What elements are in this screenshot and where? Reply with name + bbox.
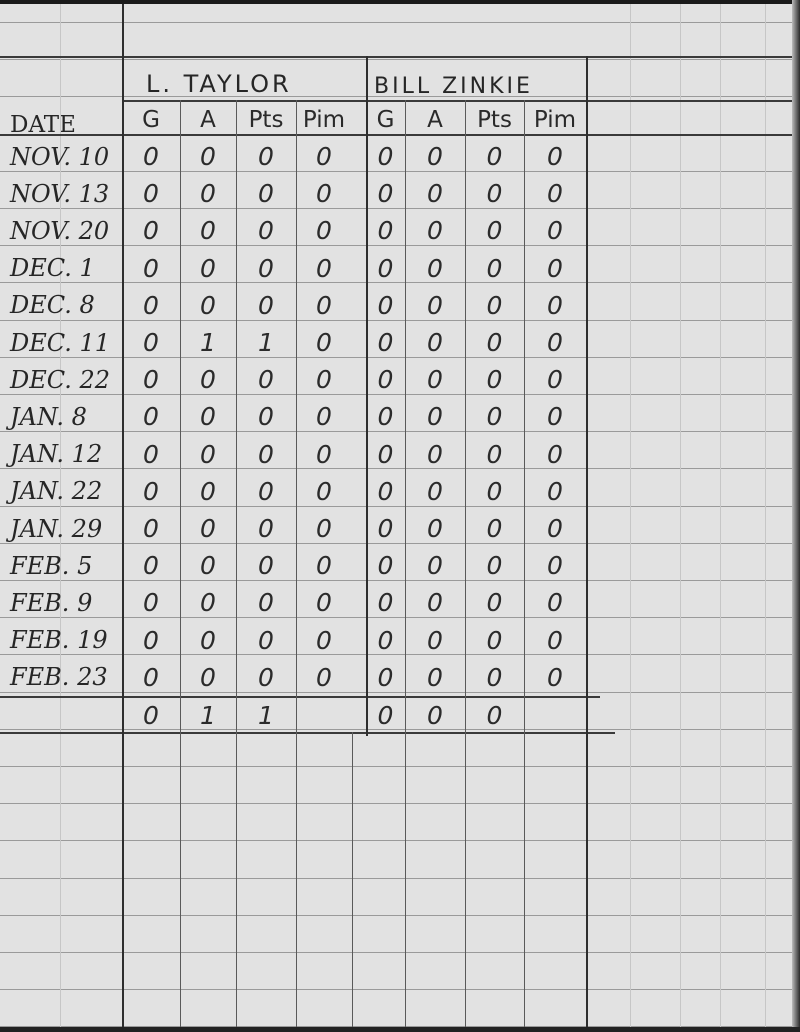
totals-bottom-line — [0, 732, 615, 734]
row-date: JAN. 29 — [4, 510, 122, 547]
column-header-taylor-pim: Pim — [296, 104, 352, 136]
stat-cell-taylor-a: 0 — [180, 398, 236, 435]
ruled-line — [0, 840, 792, 841]
stat-cell-zinkie-g: 0 — [366, 398, 405, 435]
stat-cell-taylor-g: 0 — [122, 584, 180, 621]
row-date: JAN. 8 — [4, 398, 122, 435]
ruled-line — [0, 989, 792, 990]
stat-column-divider — [352, 732, 353, 1028]
stat-cell-zinkie-g: 0 — [366, 436, 405, 473]
stat-cell-zinkie-a: 0 — [405, 510, 465, 547]
row-date: DEC. 1 — [4, 250, 122, 287]
stat-cell-zinkie-a: 0 — [405, 622, 465, 659]
stat-cell-taylor-pim: 0 — [296, 584, 352, 621]
stat-cell-taylor-pim: 0 — [296, 250, 352, 287]
stat-cell-taylor-g: 0 — [122, 473, 180, 510]
stat-cell-zinkie-g: 0 — [366, 138, 405, 175]
row-date: FEB. 5 — [4, 547, 122, 584]
row-date: FEB. 9 — [4, 584, 122, 621]
stat-cell-zinkie-a: 0 — [405, 324, 465, 361]
stat-cell-zinkie-pim: 0 — [524, 659, 586, 696]
stat-cell-taylor-a: 0 — [180, 473, 236, 510]
row-date: NOV. 13 — [4, 175, 122, 212]
stat-cell-taylor-pts: 0 — [236, 138, 296, 175]
stat-cell-taylor-g: 0 — [122, 398, 180, 435]
row-date: DEC. 22 — [4, 361, 122, 398]
stat-cell-zinkie-a: 0 — [405, 547, 465, 584]
stat-cell-zinkie-a: 0 — [405, 250, 465, 287]
row-date: FEB. 19 — [4, 622, 122, 659]
column-header-zinkie-pim: Pim — [524, 104, 586, 136]
stat-cell-zinkie-g: 0 — [366, 212, 405, 249]
stat-cell-zinkie-g: 0 — [366, 584, 405, 621]
stat-cell-taylor-a: 0 — [180, 547, 236, 584]
stat-cell-taylor-pim: 0 — [296, 398, 352, 435]
stat-cell-taylor-a: 0 — [180, 584, 236, 621]
stat-cell-taylor-pim: 0 — [296, 175, 352, 212]
stat-cell-taylor-pim: 0 — [296, 138, 352, 175]
stat-cell-taylor-pts: 0 — [236, 436, 296, 473]
date-column-header: DATE — [4, 108, 122, 142]
stat-cell-taylor-g: 0 — [122, 436, 180, 473]
stat-cell-taylor-pts: 0 — [236, 175, 296, 212]
stat-cell-taylor-a: 0 — [180, 250, 236, 287]
row-date: DEC. 11 — [4, 324, 122, 361]
stat-cell-taylor-a: 0 — [180, 212, 236, 249]
stat-cell-taylor-pts: 0 — [236, 398, 296, 435]
ruled-line — [0, 22, 792, 23]
ruled-line — [0, 96, 792, 97]
stat-cell-zinkie-pim: 0 — [524, 398, 586, 435]
stat-cell-taylor-g: 0 — [122, 287, 180, 324]
page-bottom-edge — [0, 1027, 800, 1032]
stat-cell-zinkie-a: 0 — [405, 659, 465, 696]
total-cell-zinkie-pts: 0 — [465, 698, 524, 732]
total-cell-taylor-pim — [296, 698, 352, 732]
row-date: JAN. 12 — [4, 436, 122, 473]
stat-cell-zinkie-pts: 0 — [465, 212, 524, 249]
stat-cell-taylor-a: 0 — [180, 361, 236, 398]
stat-cell-zinkie-g: 0 — [366, 250, 405, 287]
stat-cell-zinkie-pim: 0 — [524, 324, 586, 361]
stat-cell-zinkie-a: 0 — [405, 212, 465, 249]
stat-cell-zinkie-a: 0 — [405, 175, 465, 212]
player-name-zinkie: BILL ZINKIE — [374, 74, 533, 99]
stat-cell-zinkie-pts: 0 — [465, 510, 524, 547]
stat-cell-taylor-pts: 0 — [236, 584, 296, 621]
stat-cell-taylor-g: 0 — [122, 175, 180, 212]
total-cell-zinkie-g: 0 — [366, 698, 405, 732]
stat-cell-taylor-pts: 1 — [236, 324, 296, 361]
stat-cell-zinkie-a: 0 — [405, 473, 465, 510]
stat-cell-taylor-pts: 0 — [236, 547, 296, 584]
stat-cell-taylor-a: 0 — [180, 510, 236, 547]
stat-cell-taylor-pts: 0 — [236, 473, 296, 510]
page-edge-shadow — [792, 0, 800, 1032]
stat-cell-zinkie-g: 0 — [366, 287, 405, 324]
total-cell-taylor-a: 1 — [180, 698, 236, 732]
stat-cell-taylor-pim: 0 — [296, 324, 352, 361]
stat-cell-taylor-pts: 0 — [236, 212, 296, 249]
stat-cell-taylor-pim: 0 — [296, 361, 352, 398]
total-cell-zinkie-pim — [524, 698, 586, 732]
player-name-line — [122, 100, 792, 102]
stat-cell-zinkie-pim: 0 — [524, 436, 586, 473]
stat-cell-taylor-g: 0 — [122, 510, 180, 547]
stat-cell-taylor-pim: 0 — [296, 659, 352, 696]
stat-cell-zinkie-g: 0 — [366, 547, 405, 584]
ruled-column — [720, 4, 721, 1028]
stat-cell-zinkie-pim: 0 — [524, 212, 586, 249]
stat-cell-zinkie-a: 0 — [405, 361, 465, 398]
stat-cell-zinkie-pts: 0 — [465, 324, 524, 361]
stat-cell-taylor-a: 0 — [180, 287, 236, 324]
stat-cell-taylor-a: 0 — [180, 659, 236, 696]
column-header-zinkie-a: A — [405, 104, 465, 136]
player-name-taylor: L. TAYLOR — [146, 70, 292, 98]
stat-cell-zinkie-pim: 0 — [524, 250, 586, 287]
stat-cell-zinkie-a: 0 — [405, 436, 465, 473]
column-header-taylor-pts: Pts — [236, 104, 296, 136]
stat-cell-zinkie-g: 0 — [366, 659, 405, 696]
stat-cell-zinkie-a: 0 — [405, 584, 465, 621]
stat-cell-taylor-g: 0 — [122, 212, 180, 249]
header-top-line — [0, 56, 792, 58]
total-cell-taylor-pts: 1 — [236, 698, 296, 732]
stat-cell-taylor-g: 0 — [122, 622, 180, 659]
stat-cell-zinkie-pts: 0 — [465, 138, 524, 175]
stat-cell-taylor-pim: 0 — [296, 287, 352, 324]
row-date: FEB. 23 — [4, 659, 122, 696]
ruled-line — [0, 878, 792, 879]
stat-cell-taylor-pts: 0 — [236, 250, 296, 287]
stat-cell-taylor-pim: 0 — [296, 212, 352, 249]
stat-cell-taylor-pim: 0 — [296, 436, 352, 473]
stat-cell-zinkie-pts: 0 — [465, 547, 524, 584]
stat-cell-zinkie-pts: 0 — [465, 398, 524, 435]
stat-cell-zinkie-pim: 0 — [524, 510, 586, 547]
scoresheet-page: L. TAYLOR BILL ZINKIE DATE GAPtsPimGAPts… — [0, 4, 792, 1028]
stat-cell-taylor-pim: 0 — [296, 547, 352, 584]
stat-cell-zinkie-pim: 0 — [524, 361, 586, 398]
stat-cell-zinkie-a: 0 — [405, 398, 465, 435]
stat-cell-taylor-g: 0 — [122, 138, 180, 175]
ruled-column — [630, 4, 631, 1028]
column-header-zinkie-pts: Pts — [465, 104, 524, 136]
stat-cell-taylor-pts: 0 — [236, 510, 296, 547]
stat-cell-taylor-a: 0 — [180, 175, 236, 212]
stat-cell-taylor-pim: 0 — [296, 510, 352, 547]
stat-cell-taylor-pts: 0 — [236, 361, 296, 398]
column-header-taylor-a: A — [180, 104, 236, 136]
stat-cell-zinkie-g: 0 — [366, 473, 405, 510]
stat-cell-taylor-g: 0 — [122, 250, 180, 287]
stat-cell-zinkie-pim: 0 — [524, 584, 586, 621]
stat-cell-zinkie-pim: 0 — [524, 473, 586, 510]
stat-cell-zinkie-g: 0 — [366, 324, 405, 361]
ruled-line — [0, 952, 792, 953]
stat-cell-zinkie-pts: 0 — [465, 287, 524, 324]
stat-cell-zinkie-a: 0 — [405, 138, 465, 175]
stat-cell-zinkie-a: 0 — [405, 287, 465, 324]
stat-cell-zinkie-g: 0 — [366, 361, 405, 398]
stat-cell-zinkie-pts: 0 — [465, 584, 524, 621]
total-cell-taylor-g: 0 — [122, 698, 180, 732]
stat-cell-taylor-a: 0 — [180, 436, 236, 473]
stat-cell-taylor-g: 0 — [122, 361, 180, 398]
stat-cell-zinkie-pts: 0 — [465, 473, 524, 510]
stat-cell-taylor-pts: 0 — [236, 287, 296, 324]
stat-cell-taylor-pts: 0 — [236, 622, 296, 659]
stat-cell-zinkie-pim: 0 — [524, 138, 586, 175]
right-block-divider — [586, 56, 588, 1028]
column-header-zinkie-g: G — [366, 104, 405, 136]
stat-cell-taylor-g: 0 — [122, 659, 180, 696]
stat-cell-zinkie-g: 0 — [366, 175, 405, 212]
stat-cell-taylor-g: 0 — [122, 324, 180, 361]
stat-cell-zinkie-pim: 0 — [524, 287, 586, 324]
column-header-taylor-g: G — [122, 104, 180, 136]
stat-cell-zinkie-pts: 0 — [465, 361, 524, 398]
ruled-column — [765, 4, 766, 1028]
stat-cell-zinkie-pts: 0 — [465, 436, 524, 473]
stat-cell-zinkie-pim: 0 — [524, 175, 586, 212]
stat-cell-zinkie-g: 0 — [366, 510, 405, 547]
ruled-line — [0, 766, 792, 767]
stat-cell-taylor-g: 0 — [122, 547, 180, 584]
stat-cell-zinkie-g: 0 — [366, 622, 405, 659]
row-date: NOV. 10 — [4, 138, 122, 175]
stat-cell-taylor-a: 1 — [180, 324, 236, 361]
row-date: JAN. 22 — [4, 473, 122, 510]
row-date: NOV. 20 — [4, 212, 122, 249]
stat-cell-taylor-pim: 0 — [296, 622, 352, 659]
ruled-column — [680, 4, 681, 1028]
stat-cell-zinkie-pim: 0 — [524, 547, 586, 584]
stat-cell-taylor-pim: 0 — [296, 473, 352, 510]
stat-cell-taylor-a: 0 — [180, 622, 236, 659]
stat-cell-zinkie-pts: 0 — [465, 175, 524, 212]
ruled-line — [0, 59, 792, 60]
ruled-line — [0, 915, 792, 916]
ruled-line — [0, 803, 792, 804]
total-cell-zinkie-a: 0 — [405, 698, 465, 732]
stat-cell-taylor-pts: 0 — [236, 659, 296, 696]
row-date: DEC. 8 — [4, 287, 122, 324]
stat-cell-zinkie-pts: 0 — [465, 659, 524, 696]
stat-cell-zinkie-pim: 0 — [524, 622, 586, 659]
stat-cell-zinkie-pts: 0 — [465, 250, 524, 287]
stat-cell-taylor-a: 0 — [180, 138, 236, 175]
stat-cell-zinkie-pts: 0 — [465, 622, 524, 659]
